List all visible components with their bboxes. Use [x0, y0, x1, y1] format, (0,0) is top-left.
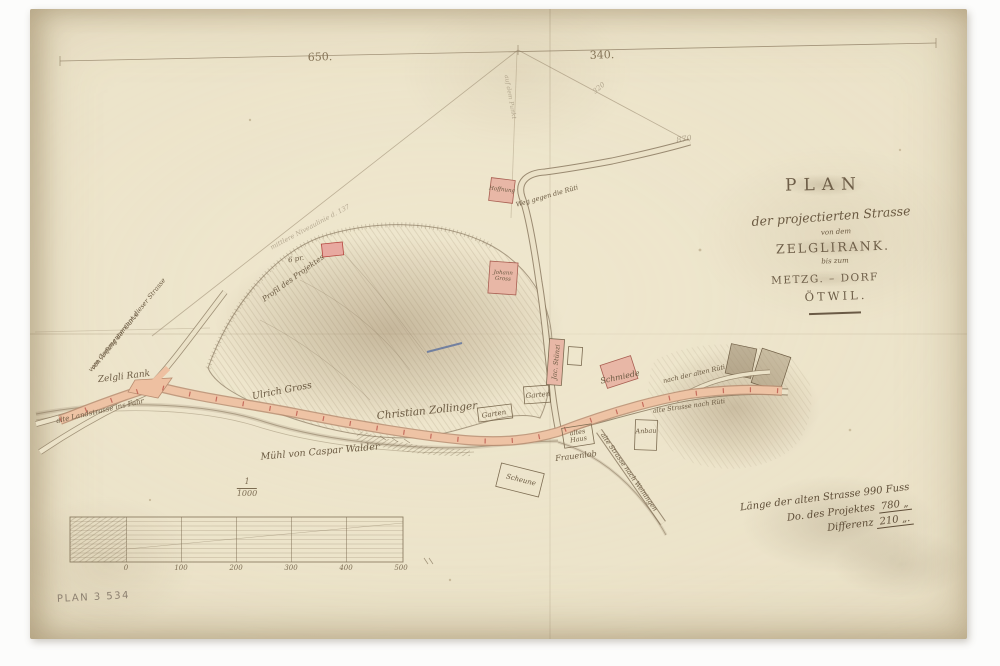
- scale-ratio-denominator: 1000: [237, 489, 257, 498]
- paper-sheet: [30, 9, 967, 639]
- difference-label: Differenz: [827, 517, 875, 534]
- scale-tick-label: 100: [174, 564, 187, 572]
- scale-tick-label: 300: [284, 564, 297, 572]
- map-title-connector: bis zum: [821, 257, 849, 266]
- scanned-map-page: 650. 340. 320 870 auf dem Punkt mittlere…: [0, 0, 1000, 666]
- label-johann-gross: Johann Gross: [491, 271, 516, 284]
- scale-tick-label: 400: [339, 564, 352, 572]
- scale-tick-label: 0: [124, 564, 128, 572]
- map-title-heading: PLAN: [785, 174, 863, 195]
- difference-value: 210 „.: [876, 513, 914, 529]
- label-anbau: Anbau: [635, 427, 656, 436]
- scale-ratio-numerator: 1: [244, 477, 249, 486]
- scale-ratio: 1 1000: [237, 478, 257, 499]
- paper-texture: [30, 9, 967, 639]
- scale-tick-label: 500: [394, 564, 407, 572]
- map-title-connector: von dem: [821, 227, 852, 237]
- baseline-distance-right: 340.: [590, 48, 615, 62]
- horizontal-fold-crease: [30, 333, 967, 335]
- map-title-village: ÖTWIL.: [804, 288, 867, 304]
- baseline-distance-left: 650.: [308, 50, 333, 64]
- vertical-fold-crease: [549, 9, 551, 639]
- scale-tick-label: 200: [229, 564, 242, 572]
